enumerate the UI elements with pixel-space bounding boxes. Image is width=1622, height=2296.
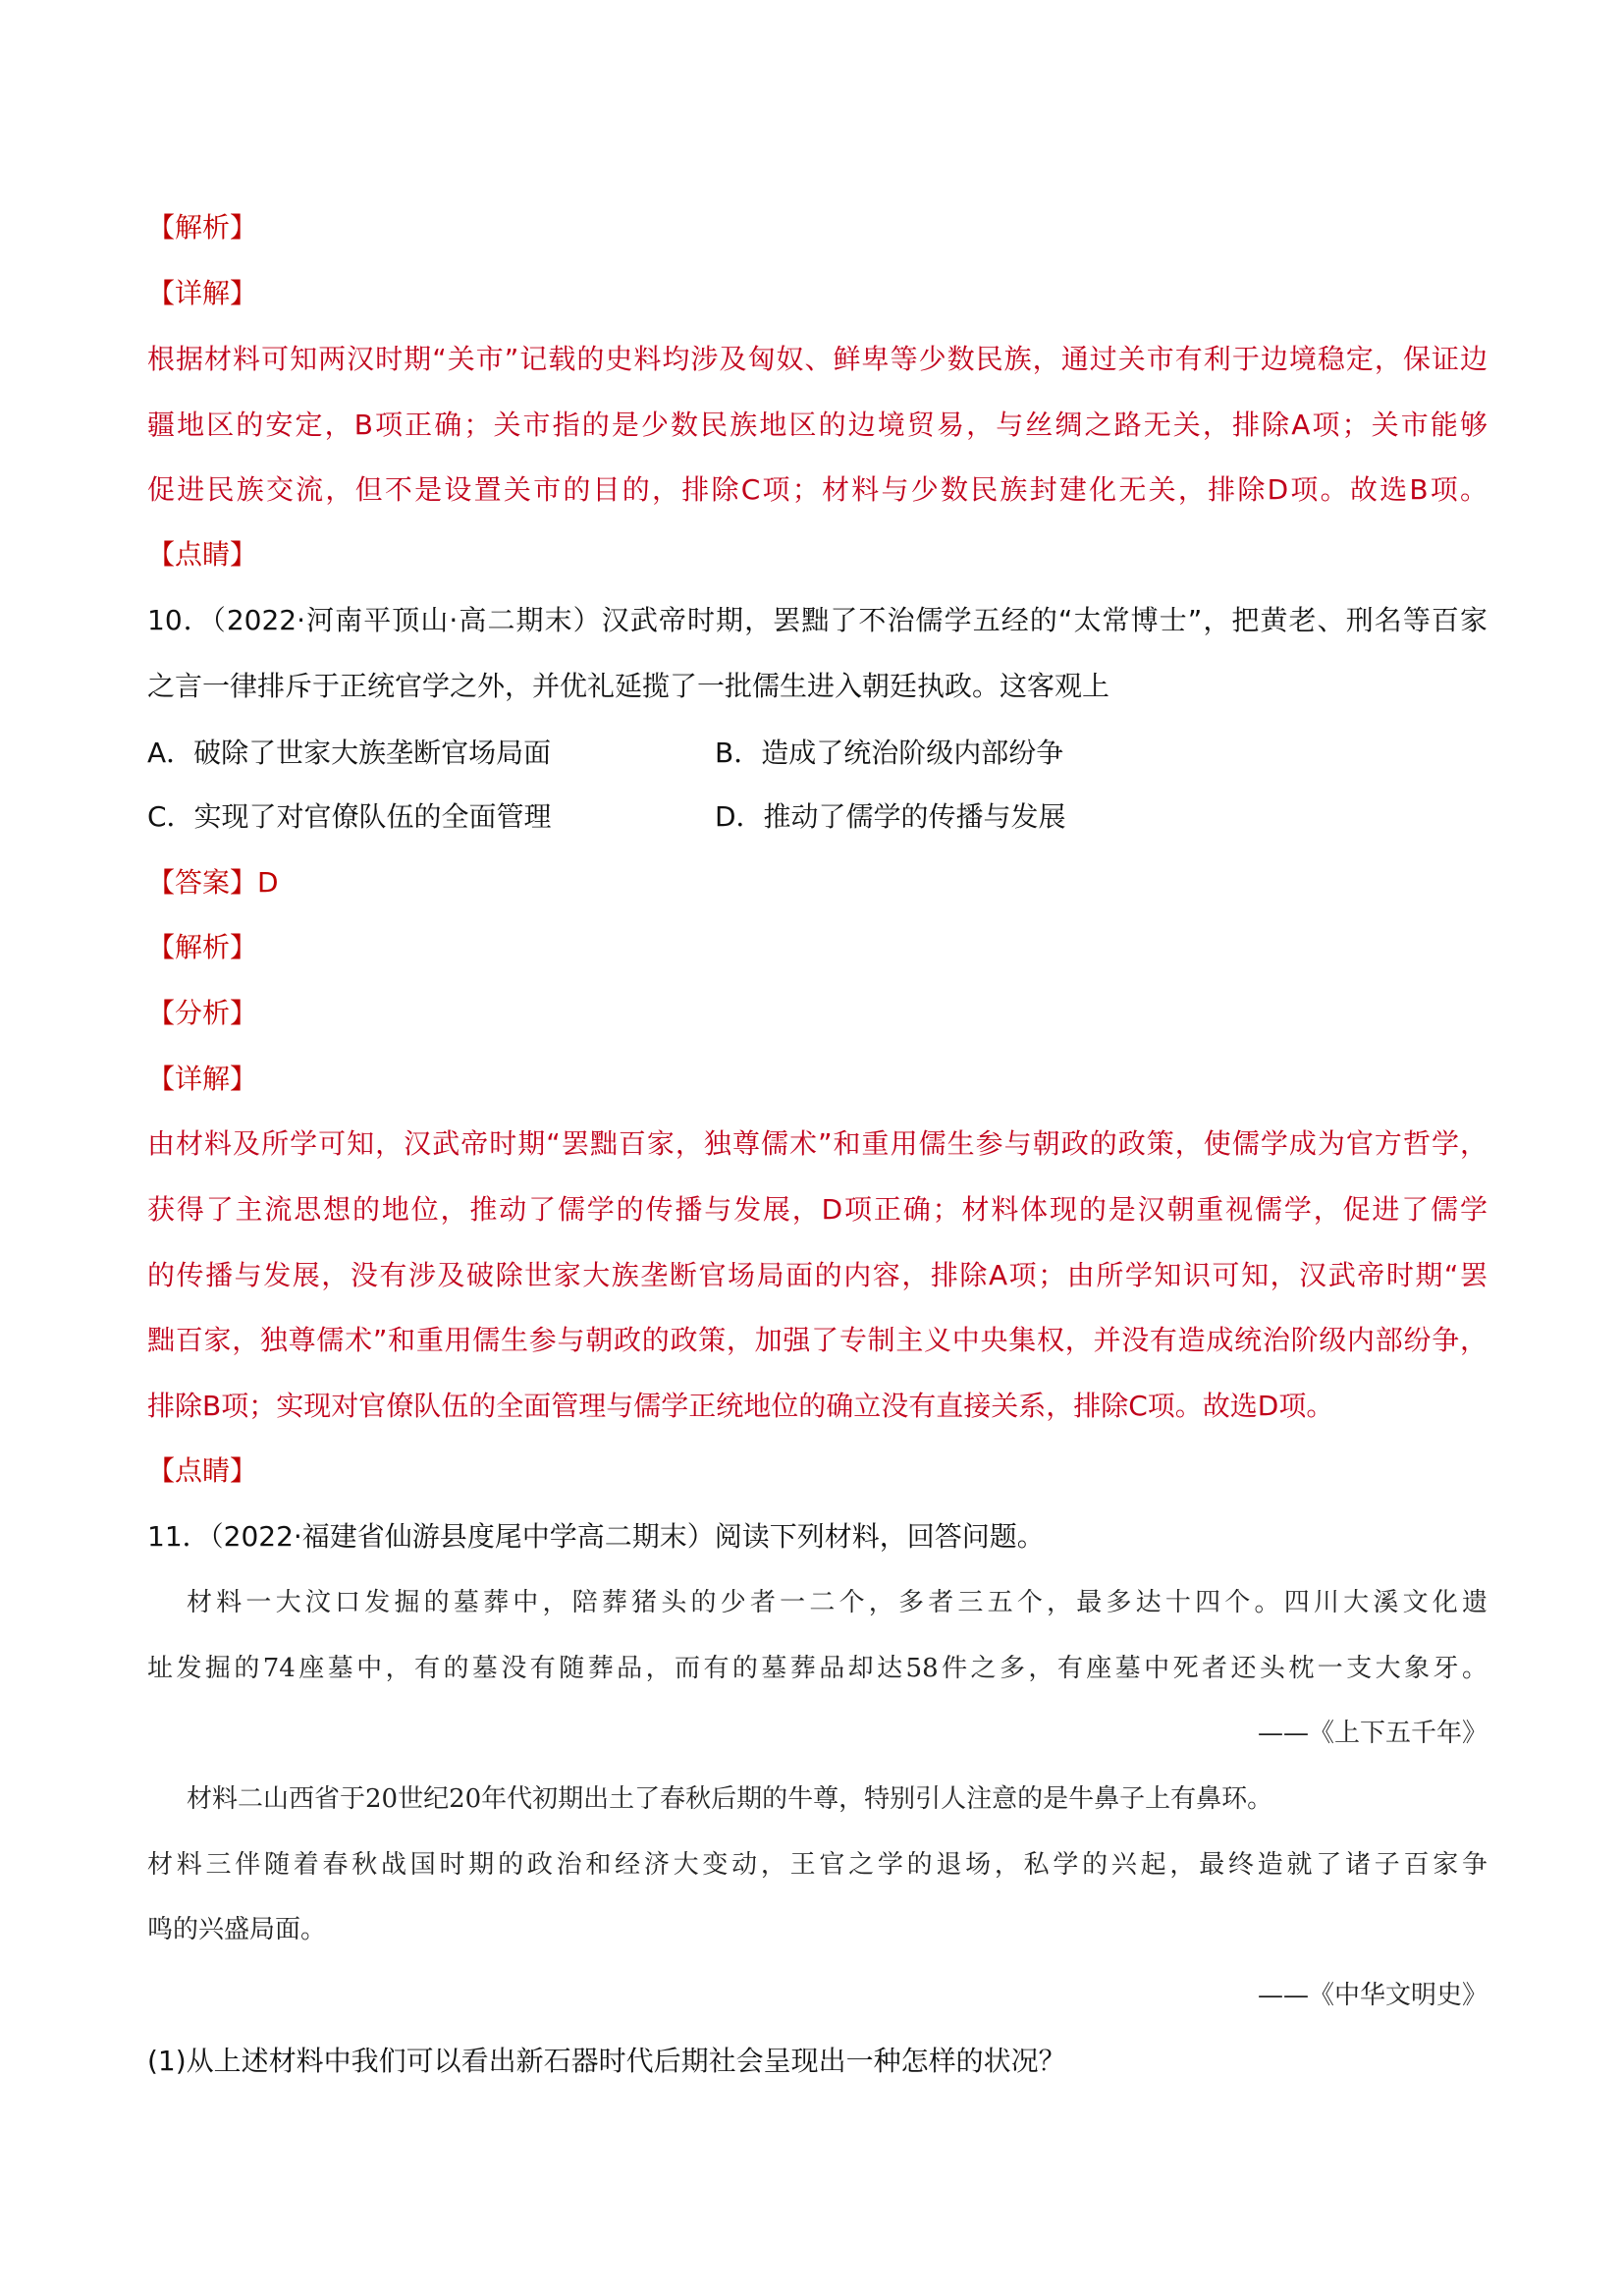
detail-line: 获得了主流思想的地位，推动了儒学的传播与发展，D项正确；材料体现的是汉朝重视儒学…	[147, 1190, 1487, 1230]
sub-question-1: (1)从上述材料中我们可以看出新石器时代后期社会呈现出一种怎样的状况？	[147, 2042, 1487, 2081]
tag-dianjing: 【点睛】	[147, 535, 1487, 574]
tag-xiangjie: 【详解】	[147, 1060, 1487, 1099]
material-2: 材料二山西省于20世纪20年代初期出土了春秋后期的牛尊，特别引人注意的是牛鼻子上…	[187, 1779, 1487, 1819]
question-10-stem: 之言一律排斥于正统官学之外，并优礼延揽了一批儒生进入朝廷执政。这客观上	[147, 667, 1487, 706]
option-b: B．造成了统治阶级内部纷争	[715, 734, 1063, 773]
question-11-stem: 11．（2022·福建省仙游县度尾中学高二期末）阅读下列材料，回答问题。	[147, 1517, 1487, 1557]
material-1-line: 址发掘的74座墓中，有的墓没有随葬品，而有的墓葬品却达58件之多，有座墓中死者还…	[147, 1649, 1487, 1688]
material-3-source: ——《中华文明史》	[147, 1976, 1487, 2015]
material-3-line: 鸣的兴盛局面。	[147, 1910, 1487, 1949]
tag-fenxi: 【分析】	[147, 994, 1487, 1033]
detail-line: 根据材料可知两汉时期“关市”记载的史料均涉及匈奴、鲜卑等少数民族，通过关市有利于…	[147, 340, 1487, 379]
detail-line: 由材料及所学可知，汉武帝时期“罢黜百家，独尊儒术”和重用儒生参与朝政的政策，使儒…	[147, 1124, 1487, 1164]
material-3-line: 材料三伴随着春秋战国时期的政治和经济大变动，王官之学的退场，私学的兴起，最终造就…	[147, 1845, 1487, 1885]
question-10-stem: 10．（2022·河南平顶山·高二期末）汉武帝时期，罢黜了不治儒学五经的“太常博…	[147, 601, 1487, 640]
material-1-source: ——《上下五千年》	[147, 1714, 1487, 1753]
answer-row: 【答案】D	[147, 863, 1487, 902]
option-a: A．破除了世家大族垄断官场局面	[147, 734, 551, 773]
detail-line: 排除B项；实现对官僚队伍的全面管理与儒学正统地位的确立没有直接关系，排除C项。故…	[147, 1387, 1487, 1426]
material-1-line: 材料一大汶口发掘的墓葬中，陪葬猪头的少者一二个，多者三五个，最多达十四个。四川大…	[187, 1583, 1487, 1622]
option-d: D．推动了儒学的传播与发展	[715, 797, 1066, 837]
detail-line: 促进民族交流，但不是设置关市的目的，排除C项；材料与少数民族封建化无关，排除D项…	[147, 470, 1487, 510]
detail-line: 疆地区的安定，B项正确；关市指的是少数民族地区的边境贸易，与丝绸之路无关，排除A…	[147, 406, 1487, 445]
tag-xiangjie: 【详解】	[147, 274, 1487, 313]
tag-jiexi: 【解析】	[147, 928, 1487, 967]
detail-line: 黜百家，独尊儒术”和重用儒生参与朝政的政策，加强了专制主义中央集权，并没有造成统…	[147, 1321, 1487, 1360]
option-c: C．实现了对官僚队伍的全面管理	[147, 797, 552, 837]
detail-line: 的传播与发展，没有涉及破除世家大族垄断官场局面的内容，排除A项；由所学知识可知，…	[147, 1256, 1487, 1295]
tag-answer: 【答案】	[147, 866, 257, 899]
tag-dianjing: 【点睛】	[147, 1451, 1487, 1491]
tag-jiexi: 【解析】	[147, 208, 1487, 247]
answer-value: D	[257, 866, 279, 899]
